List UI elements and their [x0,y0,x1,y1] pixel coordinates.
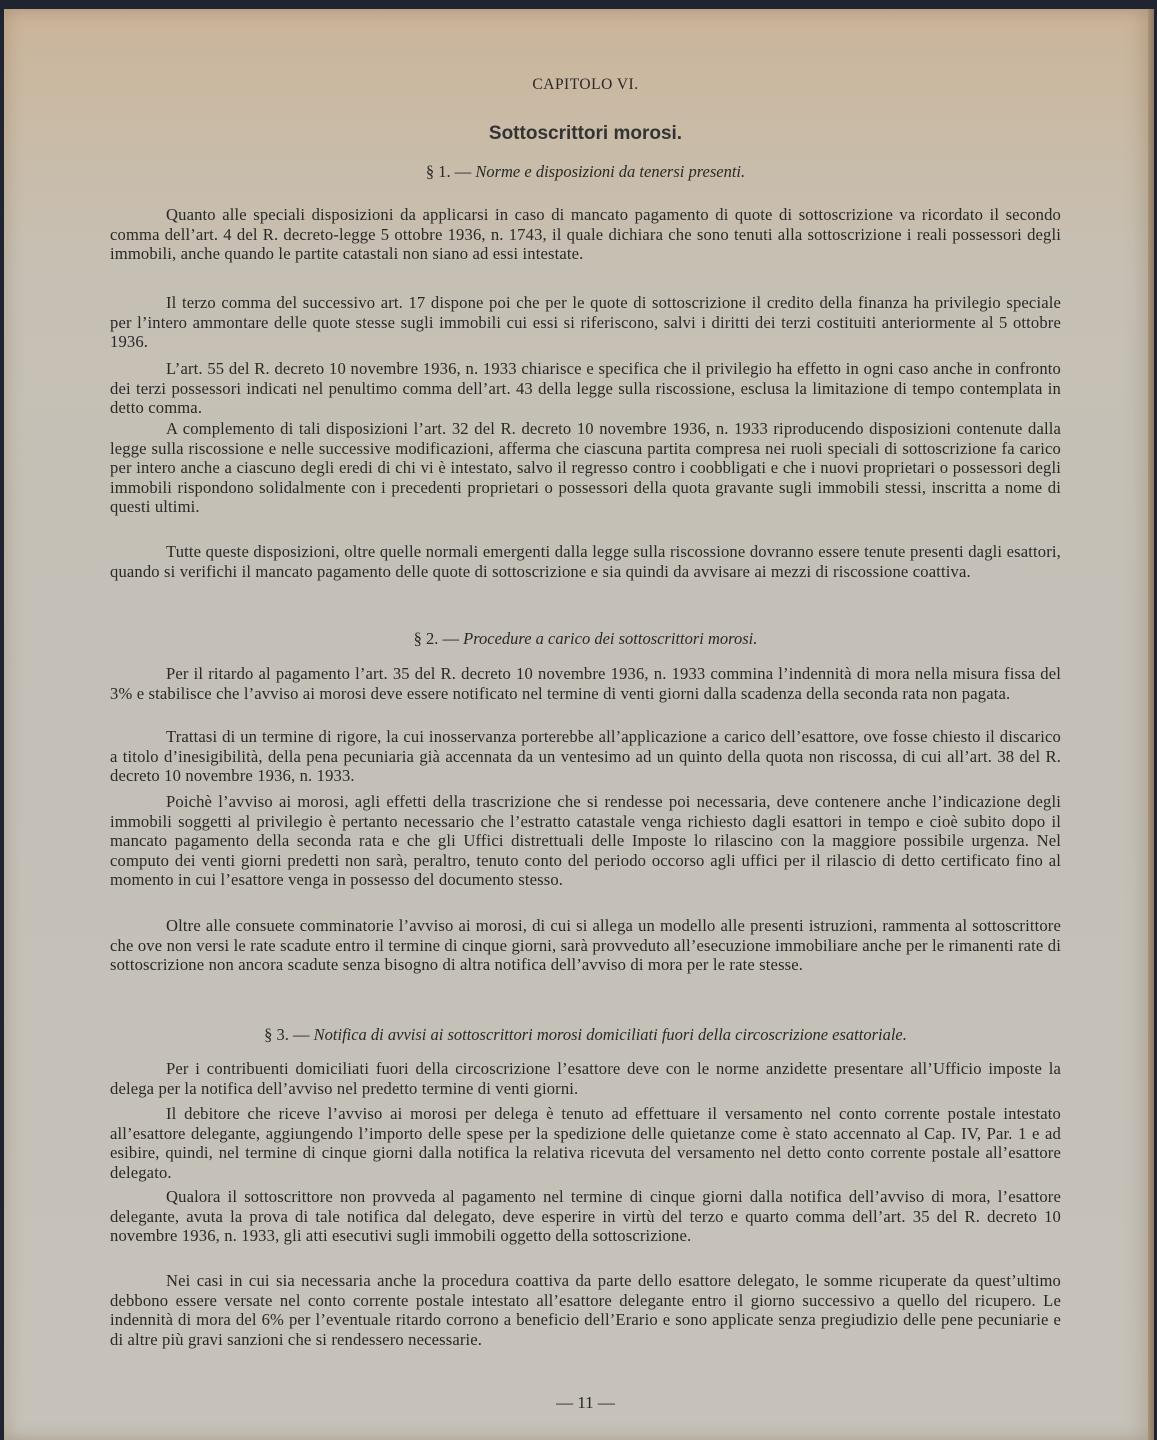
chapter-title: Sottoscrittori morosi. [110,123,1061,145]
paragraph: Per i contribuenti domiciliati fuori del… [110,1059,1061,1098]
paragraph: Tutte queste disposizioni, oltre quelle … [110,542,1061,581]
section-number: § 1. — [426,162,471,181]
paragraph: Oltre alle consuete comminatorie l’avvis… [110,916,1061,975]
paragraph: Il debitore che riceve l’avviso ai moros… [110,1104,1061,1182]
paragraph: A complemento di tali disposizioni l’art… [110,419,1061,517]
paragraph: L’art. 55 del R. decreto 10 novembre 193… [110,359,1061,418]
section-2-heading: § 2. — Procedure a carico dei sottoscrit… [110,629,1061,649]
section-title: Procedure a carico dei sottoscrittori mo… [463,629,757,648]
section-title: Norme e disposizioni da tenersi presenti… [475,162,745,181]
section-number: § 3. — [264,1025,309,1044]
paragraph: Quanto alle speciali disposizioni da app… [110,205,1061,264]
chapter-heading: CAPITOLO VI. [110,76,1061,94]
section-1-heading: § 1. — Norme e disposizioni da tenersi p… [110,162,1061,182]
paragraph: Poichè l’avviso ai morosi, agli effetti … [110,792,1061,890]
paragraph: Per il ritardo al pagamento l’art. 35 de… [110,664,1061,703]
paragraph: Nei casi in cui sia necessaria anche la … [110,1271,1061,1349]
section-title: Notifica di avvisi ai sottoscrittori mor… [314,1025,907,1044]
section-number: § 2. — [414,629,459,648]
paragraph: Trattasi di un termine di rigore, la cui… [110,727,1061,786]
section-3-heading: § 3. — Notifica di avvisi ai sottoscritt… [110,1025,1061,1045]
scanned-page: CAPITOLO VI. Sottoscrittori morosi. § 1.… [4,9,1154,1440]
page-number: — 11 — [110,1393,1061,1413]
paragraph: Il terzo comma del successivo art. 17 di… [110,293,1061,352]
paragraph: Qualora il sottoscrittore non provveda a… [110,1187,1061,1246]
